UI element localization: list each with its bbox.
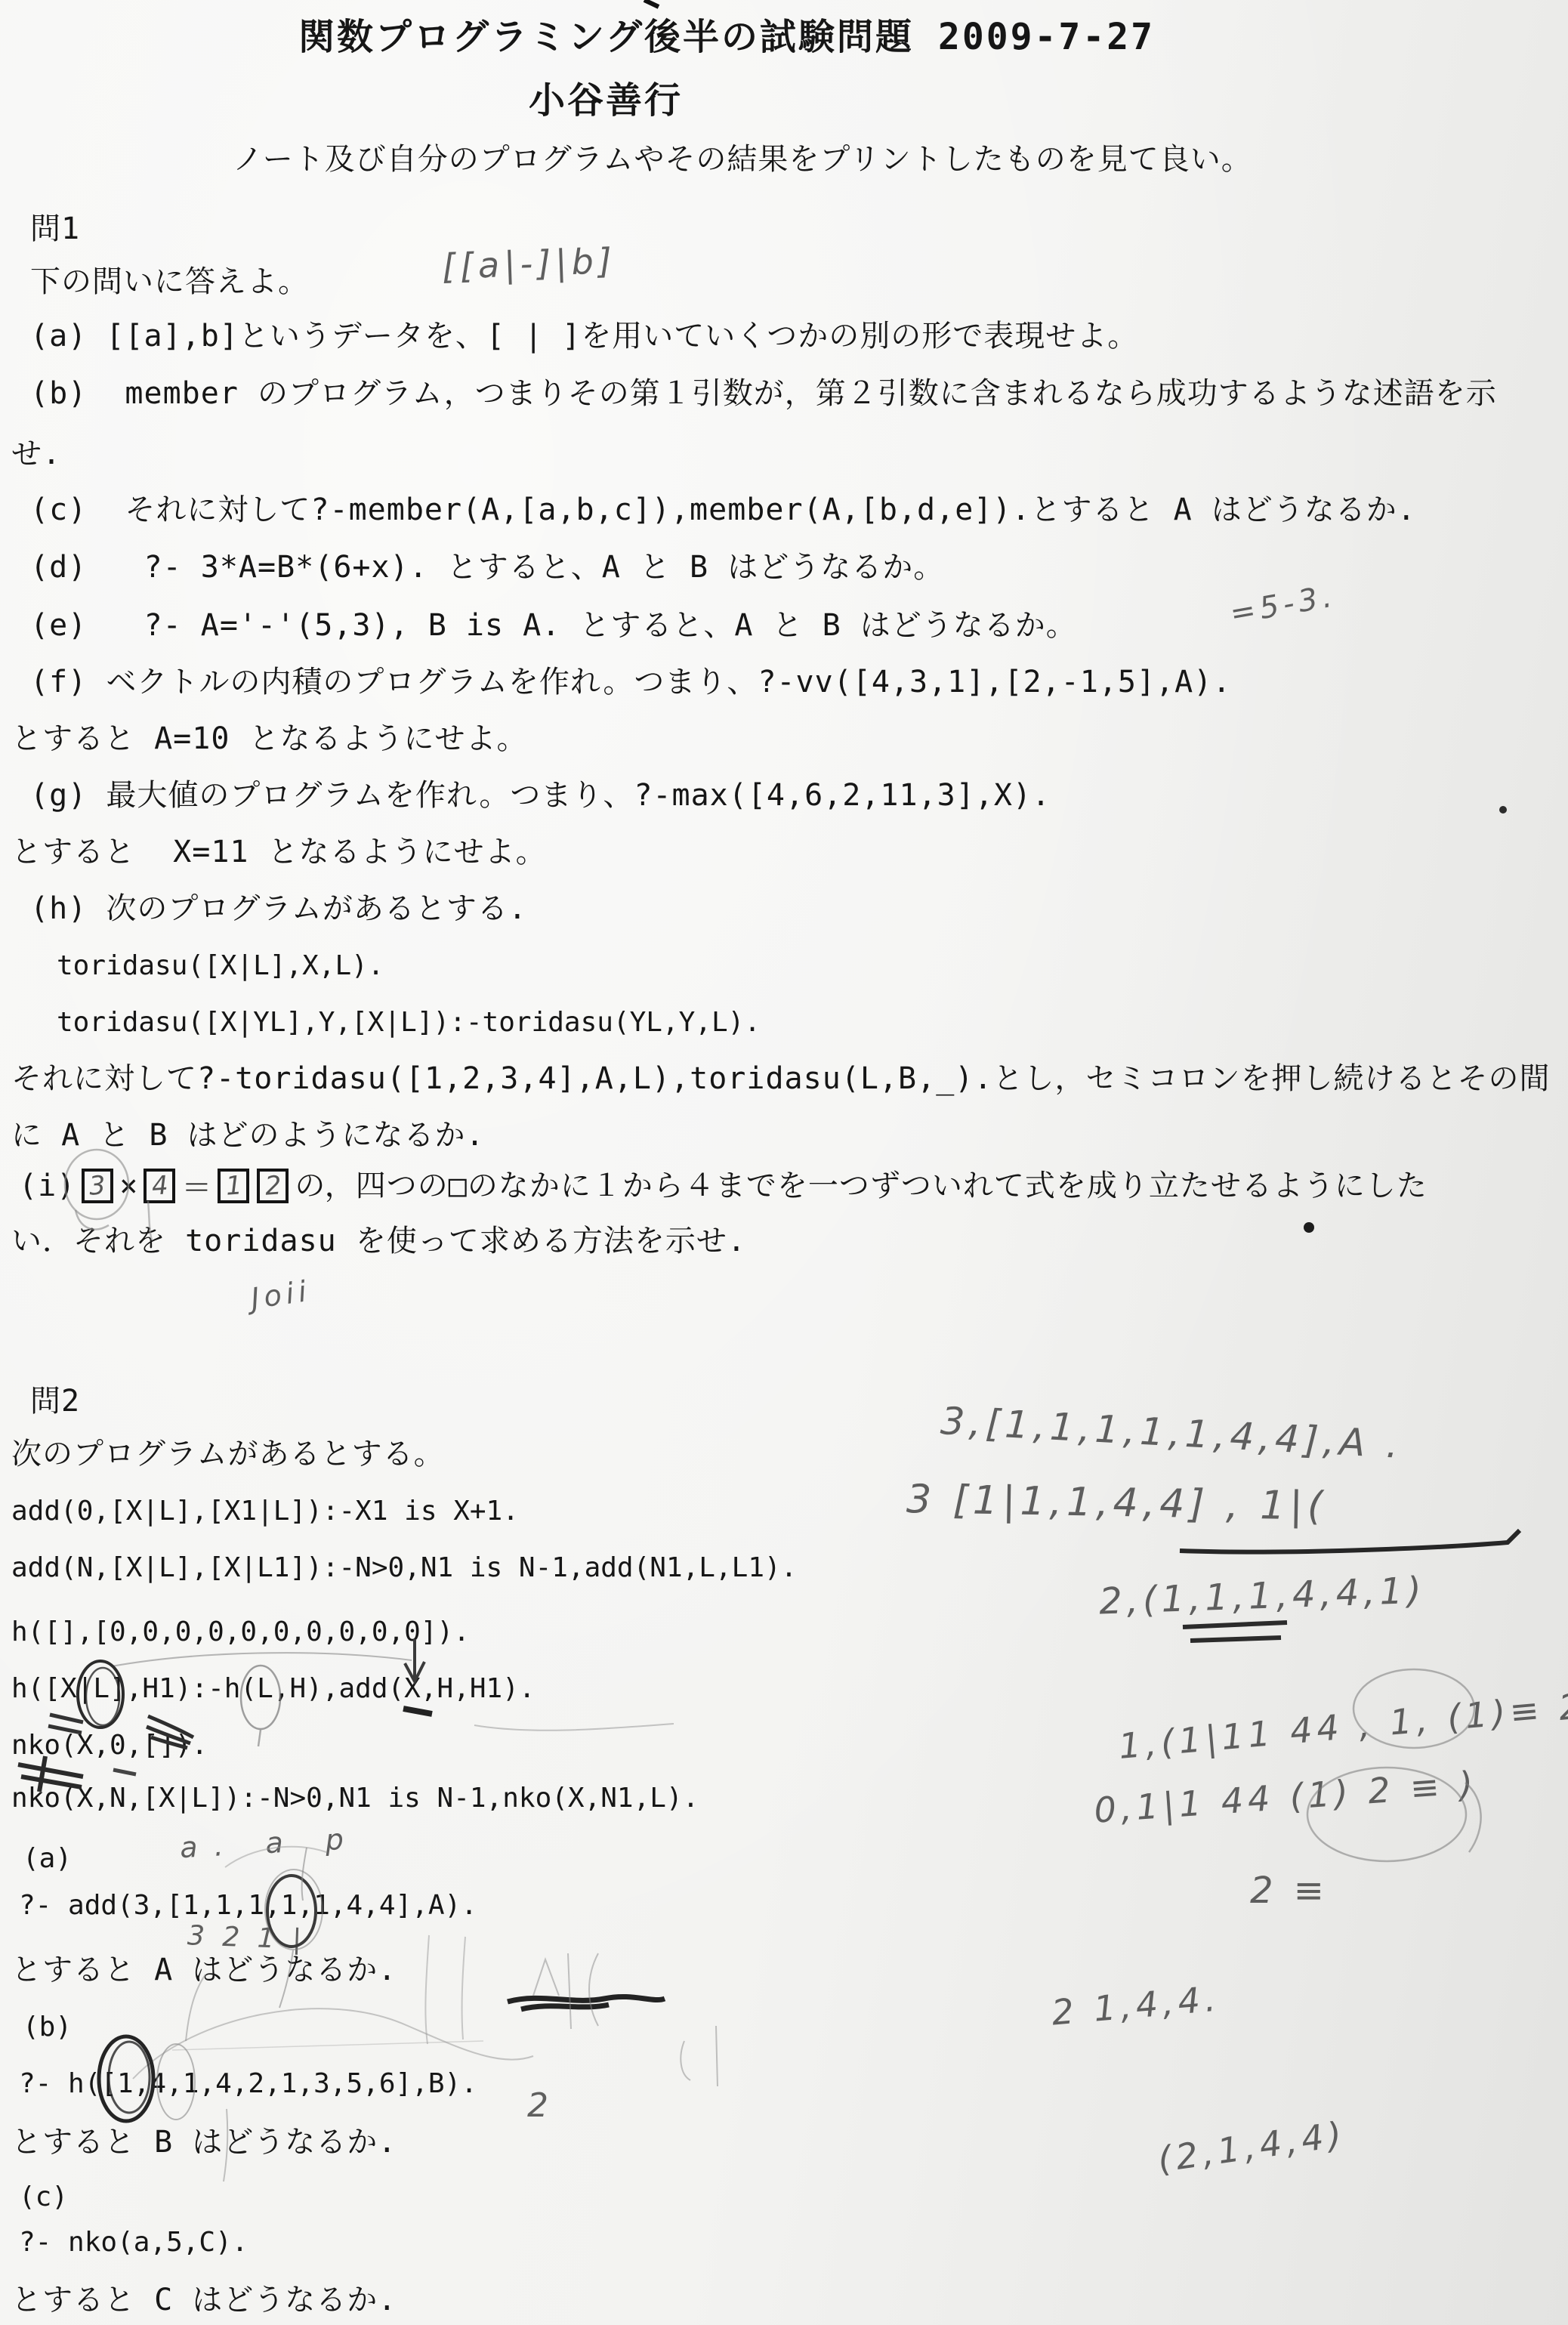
q1-item-f-line1: (f) ベクトルの内積のプログラムを作れ。つまり、?-vv([4,3,1],[2… [30, 665, 1231, 699]
ink-speck-2 [1304, 1222, 1314, 1233]
handwritten-answer-e: =5-3. [1227, 579, 1338, 631]
pencil-light-marks-b [533, 1953, 598, 2029]
pen-dash-under-0 [113, 1770, 136, 1774]
pencil-wavy-line [112, 1653, 412, 1666]
q2-c-query: ?- nko(a,5,C). [19, 2227, 248, 2258]
scan-edge-mark [644, 0, 659, 7]
q1-item-i-line1: (i) 3 × 4 ＝ 1 2 の，四つの□のなかに１から４までを一つずついれて… [19, 1164, 1428, 1207]
handwritten-work-line2: 3 [1|1,1,4,4] , 1|( [906, 1477, 1328, 1530]
q2-c-question: とすると C はどうなるか. [11, 2283, 397, 2317]
handwritten-work-line3: 2,(1,1,1,4,4,1) [1098, 1569, 1426, 1623]
ink-speck-1 [1499, 806, 1507, 814]
pen-long-underline [1180, 1530, 1520, 1552]
q2-code-add2: add(N,[X|L],[X|L1]):-N>0,N1 is N-1,add(N… [11, 1552, 797, 1583]
exam-title: 関数プログラミング後半の試験問題 2009-7-27 [298, 17, 1155, 58]
q1-item-b-line2: せ. [11, 437, 61, 471]
q1-item-h-question: に A と B はどのようになるか. [11, 1118, 485, 1153]
pencil-small-curves-b [681, 2026, 718, 2086]
q2-code-h1: h([],[0,0,0,0,0,0,0,0,0,0]). [11, 1616, 470, 1647]
handwritten-work-line7: 2 1,4,4. [1050, 1978, 1221, 2033]
q1-toridasu-clause1: toridasu([X|L],X,L). [57, 950, 384, 981]
pen-dark-zigzag-b [508, 1996, 665, 2009]
q1-item-h-intro: (h) 次のプログラムがあるとする. [30, 891, 527, 926]
pencil-wavy-under-add [474, 1724, 674, 1731]
q2-code-nko2: nko(X,N,[X|L]):-N>0,N1 is N-1,nko(X,N1,L… [11, 1783, 699, 1814]
pencil-digit-3: 1 [224, 1170, 242, 1201]
pen-dash-under-X [403, 1709, 432, 1714]
q1-i-suffix: の，四つの□のなかに１から４までを一つずついれて式を成り立たせるようにした [295, 1169, 1427, 1203]
q1-item-g-line2: とすると X=11 となるようにせよ。 [11, 835, 547, 869]
q2-a-query: ?- add(3,[1,1,1,1,1,4,4],A). [19, 1890, 477, 1921]
q2-b-query: ?- h([1,4,1,4,2,1,3,5,6],B). [19, 2068, 477, 2099]
q2-c-label: (c) [19, 2181, 68, 2212]
q1-item-b-line1: (b) member のプログラム，つまりその第１引数が，第２引数に含まれるなら… [30, 376, 1497, 411]
pen-double-underline [1183, 1623, 1287, 1641]
pencil-vstrokes-b [425, 1935, 465, 2044]
q1-toridasu-clause2: toridasu([X|YL],Y,[X|L]):-toridasu(YL,Y,… [57, 1007, 761, 1038]
q2-code-h2: h([X|L],H1):-h(L,H),add(X,H,H1). [11, 1673, 536, 1704]
handwritten-work-line5: 0,1|1 44 (1) 2 ≡ ) [1093, 1763, 1479, 1830]
q1-item-g-line1: (g) 最大値のプログラムを作れ。つまり、?-max([4,6,2,11,3],… [30, 778, 1051, 813]
q2-a-question: とすると A はどうなるか. [11, 1953, 397, 1987]
exam-author: 小谷善行 [529, 80, 683, 122]
q1-intro: 下の問いに答えよ。 [30, 264, 309, 299]
equation-box-1: 3 [82, 1169, 113, 1203]
q1-item-a: (a) [[a],b]というデータを、[ | ]を用いていくつかの別の形で表現せ… [30, 319, 1138, 354]
q2-code-add1: add(0,[X|L],[X1|L]):-X1 is X+1. [11, 1496, 519, 1527]
equation-box-3: 1 [218, 1169, 249, 1203]
q1-item-d: (d) ?- 3*A=B*(6+x). とすると、A と B はどうなるか。 [30, 550, 944, 585]
equation-box-4: 2 [257, 1169, 289, 1203]
pencil-oval-L-tail [258, 1730, 261, 1746]
exam-permission-note: ノート及び自分のプログラムやその結果をプリントしたものを見て良い。 [233, 142, 1252, 177]
pencil-digit-1: 3 [88, 1170, 106, 1201]
q2-code-nko1: nko(X,0,[]). [11, 1730, 208, 1761]
scanned-exam-page: 関数プログラミング後半の試験問題 2009-7-27 小谷善行 ノート及び自分の… [0, 0, 1568, 2325]
q1-item-e: (e) ?- A='-'(5,3), B is A. とすると、A と B はど… [30, 608, 1077, 643]
handwritten-scratch-a: a. a p [179, 1822, 361, 1864]
q2-label: 問2 [30, 1384, 80, 1419]
q1-i-prefix: (i) [19, 1169, 76, 1203]
q2-b-label: (b) [23, 2012, 72, 2042]
q2-a-label: (a) [23, 1843, 72, 1874]
q1-item-f-line2: とすると A=10 となるようにせよ。 [11, 721, 528, 756]
q1-item-c: (c) それに対して?-member(A,[a,b,c]),member(A,[… [30, 492, 1416, 527]
equals-sign: ＝ [181, 1164, 211, 1207]
handwritten-list-notation: [[a|-]|b] [441, 240, 617, 287]
multiply-sign: × [119, 1169, 137, 1203]
handwritten-answer-b: (2,1,4,4) [1155, 2113, 1348, 2180]
equation-box-2: 4 [144, 1169, 175, 1203]
q1-label: 問1 [30, 212, 80, 246]
pencil-digit-4: 2 [264, 1170, 282, 1201]
handwritten-digit-2: 2 [527, 2086, 553, 2125]
q2-b-question: とすると B はどうなるか. [11, 2125, 397, 2160]
handwritten-scratch-word: Joii [248, 1274, 313, 1316]
pencil-digit-2: 4 [150, 1170, 168, 1201]
q1-item-i-line2: い．それを toridasu を使って求める方法を示せ. [11, 1224, 746, 1258]
q2-intro: 次のプログラムがあるとする。 [11, 1437, 445, 1471]
handwritten-work-line6: 2 ≡ [1250, 1870, 1329, 1912]
handwritten-work-line4: 1,(1|11 44 , 1, (1)≡ 2 [1117, 1685, 1568, 1767]
pencil-hline-b [172, 2041, 483, 2050]
q1-item-h-query: それに対して?-toridasu([1,2,3,4],A,L),toridasu… [11, 1061, 1550, 1096]
handwritten-work-line1: 3,[1,1,1,1,1,4,4],A . [940, 1399, 1404, 1467]
handwritten-index-numbers: 3 2 1 | [187, 1920, 307, 1955]
